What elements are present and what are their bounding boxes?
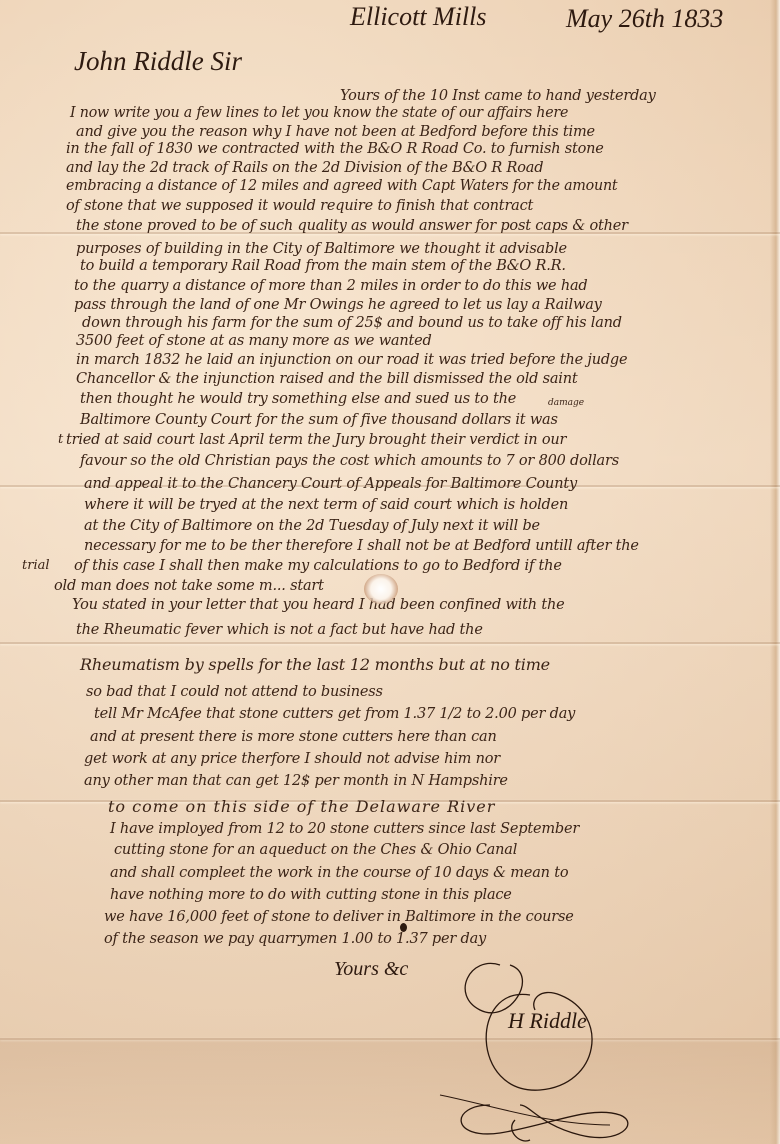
paper-hole: [364, 574, 398, 604]
margin-note: t: [58, 432, 63, 447]
body-line: to come on this side of the Delaware Riv…: [108, 797, 495, 816]
body-line: so bad that I could not attend to busine…: [86, 684, 383, 700]
body-line: pass through the land of one Mr Owings h…: [74, 297, 602, 313]
superscript-insertion: damage: [548, 398, 584, 408]
body-line: cutting stone for an aqueduct on the Che…: [114, 842, 517, 858]
body-line: of this case I shall then make my calcul…: [74, 558, 562, 574]
letter-page: Ellicott Mills May 26th 1833 John Riddle…: [0, 0, 780, 1144]
letter-date: May 26th 1833: [566, 4, 723, 34]
body-line: purposes of building in the City of Balt…: [76, 241, 567, 257]
body-line: tell Mr McAfee that stone cutters get fr…: [94, 706, 575, 722]
paper-fold: [0, 642, 780, 644]
body-line: I have imployed from 12 to 20 stone cutt…: [110, 821, 579, 837]
body-line: in march 1832 he laid an injunction on o…: [76, 352, 627, 368]
body-line: favour so the old Christian pays the cos…: [80, 453, 619, 469]
body-line: Baltimore County Court for the sum of fi…: [80, 412, 558, 428]
margin-note: trial: [22, 558, 50, 573]
body-line: Chancellor & the injunction raised and t…: [76, 371, 578, 387]
body-line: the Rheumatic fever which is not a fact …: [76, 622, 483, 638]
paper-edge: [770, 0, 780, 1144]
body-line: to build a temporary Rail Road from the …: [80, 258, 566, 274]
body-line: have nothing more to do with cutting sto…: [110, 887, 512, 903]
body-line: of the season we pay quarrymen 1.00 to 1…: [104, 931, 486, 947]
body-line: get work at any price therfore I should …: [84, 751, 500, 767]
body-line: and lay the 2d track of Rails on the 2d …: [66, 160, 543, 176]
signature-flourish-icon: [430, 955, 650, 1144]
paper-stain: [0, 1040, 780, 1144]
body-line: Yours of the 10 Inst came to hand yester…: [340, 88, 656, 104]
body-line: at the City of Baltimore on the 2d Tuesd…: [84, 518, 540, 534]
letter-place: Ellicott Mills: [350, 2, 487, 32]
body-line: 3500 feet of stone at as many more as we…: [76, 333, 432, 349]
body-line: where it will be tryed at the next term …: [84, 497, 568, 513]
body-line: and give you the reason why I have not b…: [76, 124, 595, 140]
body-line: of stone that we supposed it would requi…: [66, 198, 533, 214]
letter-salutation: John Riddle Sir: [74, 46, 242, 77]
body-line: then thought he would try something else…: [80, 391, 516, 407]
body-line: tried at said court last April term the …: [66, 432, 566, 448]
body-line: and appeal it to the Chancery Court of A…: [84, 476, 577, 492]
body-line: and shall compleet the work in the cours…: [110, 865, 568, 881]
body-line: embracing a distance of 12 miles and agr…: [66, 178, 617, 194]
ink-blot: [400, 923, 407, 932]
letter-signature: H Riddle: [508, 1008, 587, 1034]
body-line: we have 16,000 feet of stone to deliver …: [104, 909, 574, 925]
body-line: old man does not take some m... start: [54, 578, 324, 594]
body-line: down through his farm for the sum of 25$…: [82, 315, 622, 331]
body-line: You stated in your letter that you heard…: [72, 597, 564, 613]
body-line: and at present there is more stone cutte…: [90, 729, 497, 745]
body-line: any other man that can get 12$ per month…: [84, 773, 508, 789]
body-line: to the quarry a distance of more than 2 …: [74, 278, 588, 294]
body-line: the stone proved to be of such quality a…: [76, 218, 628, 234]
body-line: in the fall of 1830 we contracted with t…: [66, 141, 604, 157]
body-line: I now write you a few lines to let you k…: [70, 105, 568, 121]
body-line: necessary for me to be ther therefore I …: [84, 538, 639, 554]
body-line: Rheumatism by spells for the last 12 mon…: [80, 655, 550, 674]
letter-closing: Yours &c: [334, 958, 408, 981]
